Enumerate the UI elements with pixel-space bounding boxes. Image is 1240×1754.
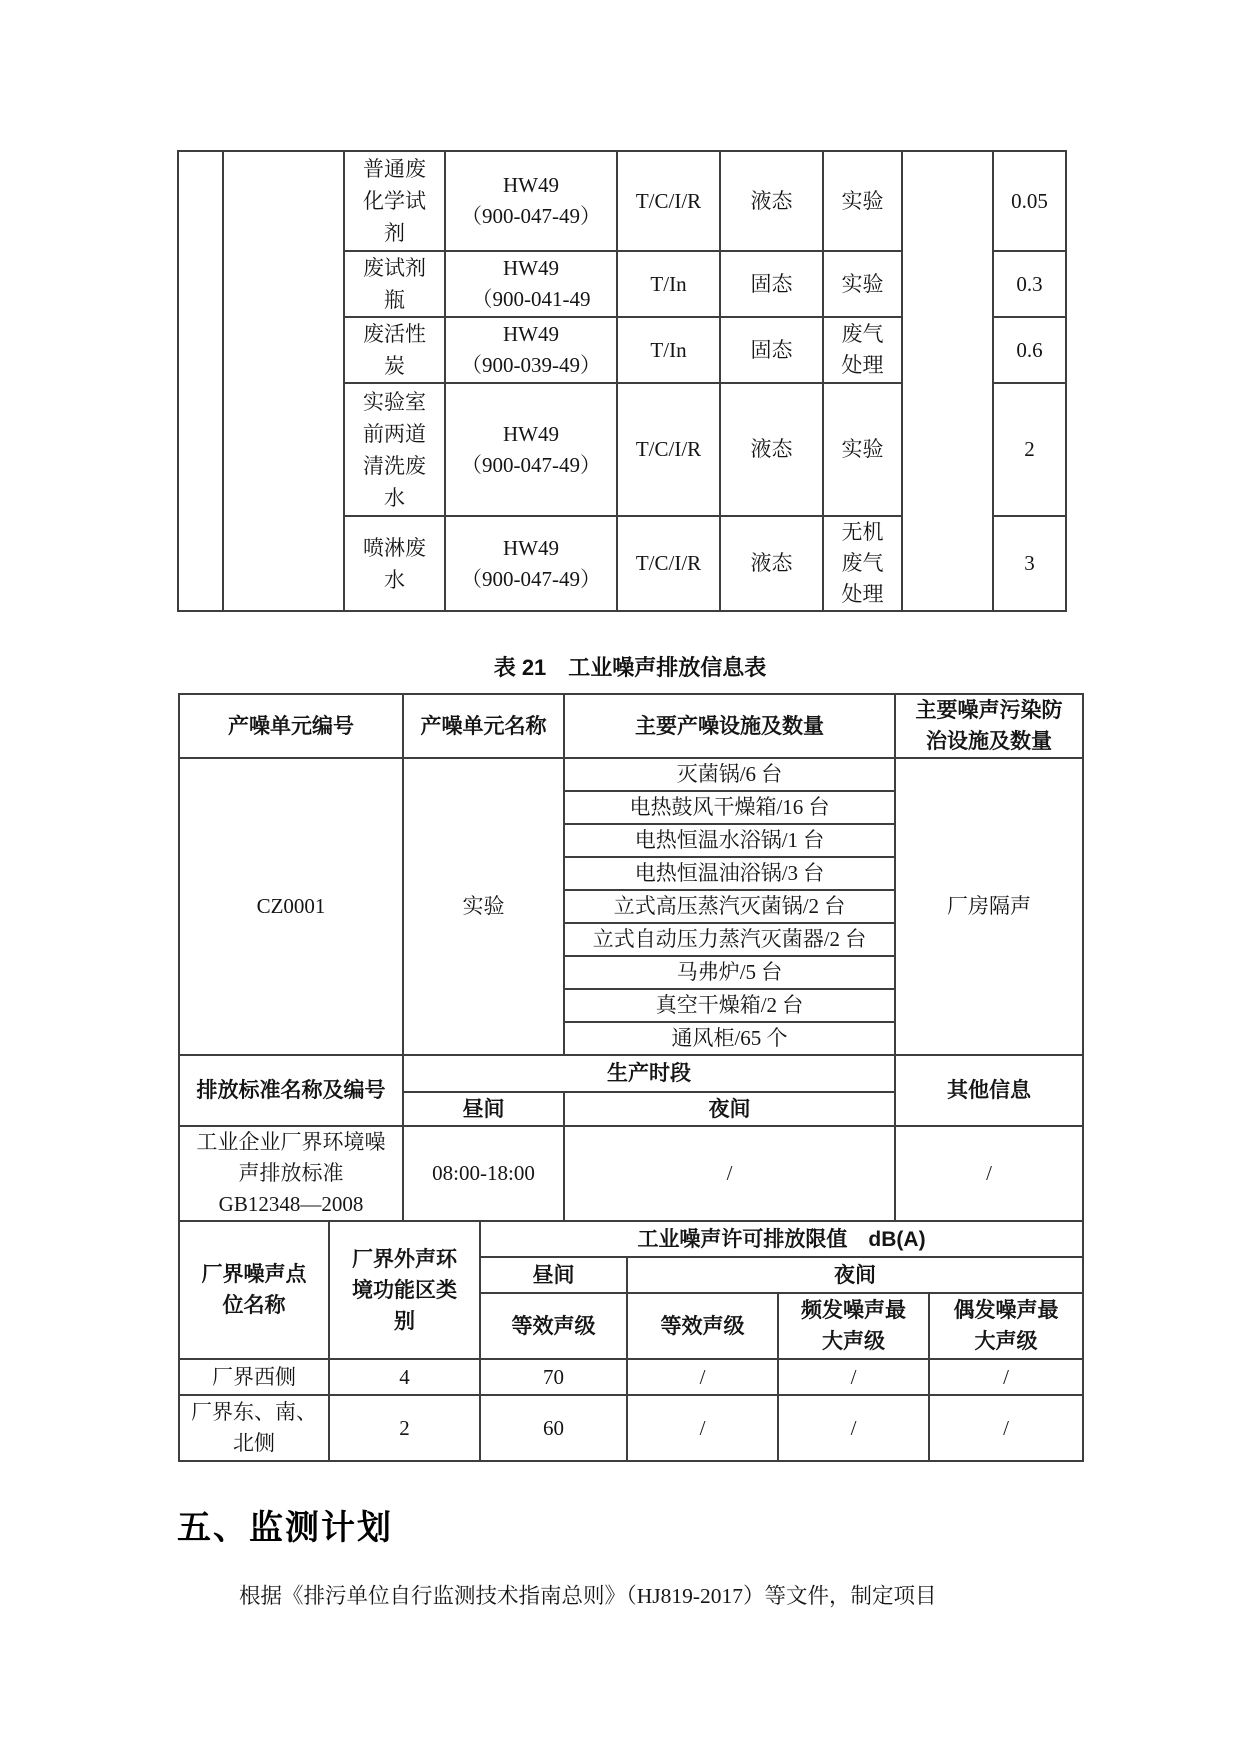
waste-name-cell: 普通废化学试剂	[344, 151, 445, 251]
table-row: 厂界西侧 4 70 / / /	[179, 1359, 1083, 1395]
occasional-max-header: 偶发噪声最 大声级	[929, 1293, 1083, 1359]
waste-hazard-cell: T/C/I/R	[617, 151, 720, 251]
waste-amount-cell: 0.3	[993, 251, 1066, 317]
occasional-max-cell: /	[929, 1395, 1083, 1461]
control-header: 主要噪声污染防 治设施及数量	[895, 694, 1083, 758]
equipment-cell: 立式自动压力蒸汽灭菌器/2 台	[564, 923, 895, 956]
noise-emission-table: 产噪单元编号 产噪单元名称 主要产噪设施及数量 主要噪声污染防 治设施及数量 C…	[178, 693, 1084, 1222]
empty-cell	[902, 151, 993, 611]
frequent-max-cell: /	[778, 1395, 929, 1461]
table-row: 普通废化学试剂 HW49 （900-047-49） T/C/I/R 液态 实验 …	[178, 151, 1066, 251]
day-limit-cell: 70	[480, 1359, 627, 1395]
waste-amount-cell: 3	[993, 516, 1066, 611]
empty-cell	[223, 151, 344, 611]
equipment-cell: 电热鼓风干燥箱/16 台	[564, 791, 895, 824]
occasional-max-cell: /	[929, 1359, 1083, 1395]
waste-amount-cell: 2	[993, 383, 1066, 516]
table-row: 工业企业厂界环境噪 声排放标准 GB12348—2008 08:00-18:00…	[179, 1126, 1083, 1221]
table-row: 厂界东、南、 北侧 2 60 / / /	[179, 1395, 1083, 1461]
standard-label-cell: 排放标准名称及编号	[179, 1055, 403, 1126]
zone-class-header: 厂界外声环 境功能区类 别	[329, 1221, 480, 1359]
empty-cell	[178, 151, 223, 611]
limit-title-header: 工业噪声许可排放限值 dB(A)	[480, 1221, 1083, 1257]
control-cell: 厂房隔声	[895, 758, 1083, 1055]
table-header-row: 产噪单元编号 产噪单元名称 主要产噪设施及数量 主要噪声污染防 治设施及数量	[179, 694, 1083, 758]
other-info-cell: /	[895, 1126, 1083, 1221]
point-name-cell: 厂界西侧	[179, 1359, 329, 1395]
table-row: CZ0001 实验 灭菌锅/6 台 厂房隔声	[179, 758, 1083, 791]
waste-name-cell: 废试剂瓶	[344, 251, 445, 317]
waste-amount-cell: 0.6	[993, 317, 1066, 383]
waste-form-cell: 液态	[720, 151, 823, 251]
point-name-header: 厂界噪声点 位名称	[179, 1221, 329, 1359]
waste-form-cell: 固态	[720, 317, 823, 383]
standard-name-cell: 工业企业厂界环境噪 声排放标准 GB12348—2008	[179, 1126, 403, 1221]
table-row: 排放标准名称及编号 生产时段 其他信息	[179, 1055, 1083, 1092]
waste-hazard-cell: T/C/I/R	[617, 516, 720, 611]
other-info-header: 其他信息	[895, 1055, 1083, 1126]
waste-code-cell: HW49 （900-047-49）	[445, 516, 617, 611]
equipment-cell: 电热恒温油浴锅/3 台	[564, 857, 895, 890]
frequent-max-header: 频发噪声最 大声级	[778, 1293, 929, 1359]
waste-source-cell: 废气处理	[823, 317, 902, 383]
point-name-cell: 厂界东、南、 北侧	[179, 1395, 329, 1461]
night-label-cell: 夜间	[564, 1092, 895, 1126]
equipment-header: 主要产噪设施及数量	[564, 694, 895, 758]
table-header-row: 厂界噪声点 位名称 厂界外声环 境功能区类 别 工业噪声许可排放限值 dB(A)	[179, 1221, 1083, 1257]
night-leq-header: 等效声级	[627, 1293, 778, 1359]
equipment-cell: 灭菌锅/6 台	[564, 758, 895, 791]
waste-hazard-cell: T/In	[617, 317, 720, 383]
document-page: 普通废化学试剂 HW49 （900-047-49） T/C/I/R 液态 实验 …	[0, 0, 1240, 1754]
day-header: 昼间	[480, 1257, 627, 1293]
waste-hazard-cell: T/C/I/R	[617, 383, 720, 516]
table21-caption: 表 21 工业噪声排放信息表	[178, 652, 1082, 684]
equipment-cell: 马弗炉/5 台	[564, 956, 895, 989]
day-limit-cell: 60	[480, 1395, 627, 1461]
night-limit-cell: /	[627, 1359, 778, 1395]
unit-name-header: 产噪单元名称	[403, 694, 564, 758]
waste-form-cell: 固态	[720, 251, 823, 317]
waste-name-cell: 喷淋废水	[344, 516, 445, 611]
night-header: 夜间	[627, 1257, 1083, 1293]
section-heading: 五、监测计划	[177, 1505, 1240, 1551]
waste-code-cell: HW49 （900-039-49）	[445, 317, 617, 383]
noise-limit-table: 厂界噪声点 位名称 厂界外声环 境功能区类 别 工业噪声许可排放限值 dB(A)…	[178, 1220, 1084, 1462]
body-paragraph: 根据《排污单位自行监测技术指南总则》（HJ819-2017）等文件，制定项目	[177, 1579, 1063, 1613]
waste-name-cell: 废活性炭	[344, 317, 445, 383]
waste-form-cell: 液态	[720, 383, 823, 516]
waste-form-cell: 液态	[720, 516, 823, 611]
waste-name-cell: 实验室前两道清洗废水	[344, 383, 445, 516]
frequent-max-cell: /	[778, 1359, 929, 1395]
unit-id-header: 产噪单元编号	[179, 694, 403, 758]
waste-hazard-cell: T/In	[617, 251, 720, 317]
period-label-cell: 生产时段	[403, 1055, 895, 1092]
night-limit-cell: /	[627, 1395, 778, 1461]
equipment-cell: 立式高压蒸汽灭菌锅/2 台	[564, 890, 895, 923]
zone-class-cell: 4	[329, 1359, 480, 1395]
day-leq-header: 等效声级	[480, 1293, 627, 1359]
equipment-cell: 真空干燥箱/2 台	[564, 989, 895, 1022]
waste-source-cell: 实验	[823, 251, 902, 317]
hazardous-waste-table: 普通废化学试剂 HW49 （900-047-49） T/C/I/R 液态 实验 …	[177, 150, 1067, 612]
waste-source-cell: 无机 废气 处理	[823, 516, 902, 611]
day-period-cell: 08:00-18:00	[403, 1126, 564, 1221]
zone-class-cell: 2	[329, 1395, 480, 1461]
waste-source-cell: 实验	[823, 383, 902, 516]
waste-source-cell: 实验	[823, 151, 902, 251]
waste-code-cell: HW49 （900-047-49）	[445, 151, 617, 251]
waste-amount-cell: 0.05	[993, 151, 1066, 251]
day-label-cell: 昼间	[403, 1092, 564, 1126]
unit-id-cell: CZ0001	[179, 758, 403, 1055]
waste-code-cell: HW49 （900-041-49	[445, 251, 617, 317]
equipment-cell: 电热恒温水浴锅/1 台	[564, 824, 895, 857]
unit-name-cell: 实验	[403, 758, 564, 1055]
equipment-cell: 通风柜/65 个	[564, 1022, 895, 1055]
waste-code-cell: HW49 （900-047-49）	[445, 383, 617, 516]
night-period-cell: /	[564, 1126, 895, 1221]
